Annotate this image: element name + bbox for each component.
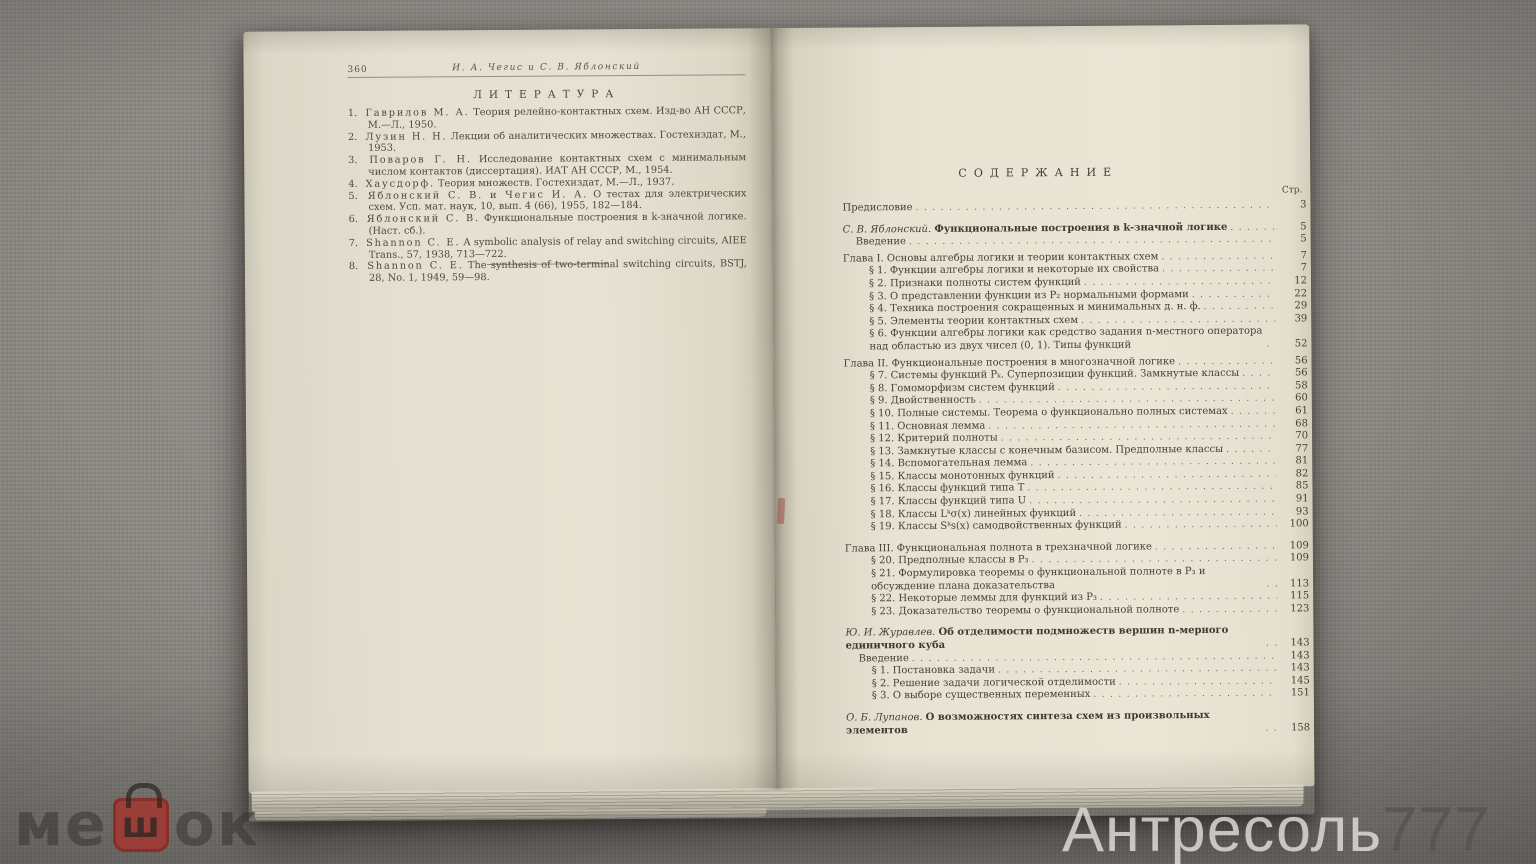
toc-entry-title: § 4. Техника построения сокращенных и ми… (869, 301, 1201, 314)
toc-entry-page: 145 (1278, 675, 1310, 688)
toc-entry-title: § 2. Решение задачи логической отделимос… (872, 676, 1116, 689)
dot-leader: ........................................… (1152, 540, 1277, 553)
toc-entry-page: 12 (1275, 275, 1307, 288)
toc-entry-author: О. Б. Лупанов. (846, 712, 926, 724)
toc-entry: § 6. Функции алгебры логики как средство… (843, 326, 1307, 354)
toc-entry-page: 77 (1276, 443, 1308, 456)
reference-item: 5. Яблонский С. В. и Чегис И. А. О теста… (348, 188, 746, 214)
toc-entry-page: 91 (1277, 493, 1309, 506)
toc-entry-title: Введение (856, 236, 906, 247)
toc-entry: Ю. И. Журавлев. Об отделимости подмножес… (845, 625, 1309, 653)
bag-letter: ш (113, 808, 169, 844)
reference-item: 7. Shannon C. E. A symbolic analysis of … (349, 235, 747, 261)
seller-name: Антресоль (1062, 795, 1382, 864)
toc-entry-page: 93 (1277, 506, 1309, 519)
toc-entry-title: § 19. Классы Sᵏs(x) самодвойственных фун… (871, 520, 1122, 533)
contents-heading: СОДЕРЖАНИЕ (842, 165, 1234, 181)
toc-entry-page: 115 (1277, 591, 1309, 604)
toc-entry-title: § 1. Функции алгебры логики и некоторые … (869, 264, 1159, 277)
toc-entry-title: § 9. Двойственность (870, 395, 976, 407)
page-number: 360 (347, 65, 367, 75)
left-page-header: 360 И. А. Чегис и С. В. Яблонский (347, 61, 745, 78)
reference-item: 3. Поваров Г. Н. Исследование контактных… (348, 152, 746, 178)
toc-entry-page: 60 (1276, 393, 1308, 406)
reference-item: 2. Лузин Н. Н. Лекции об аналитических м… (348, 129, 746, 155)
toc-entry: О. Б. Лупанов. О возможностях синтеза сх… (846, 709, 1310, 737)
dot-leader: ........................................… (1175, 355, 1276, 368)
reference-item: 1. Гаврилов М. А. Теория релейно-контакт… (348, 105, 746, 131)
toc-entry-title: § 21. Формулировка теоремы о функциональ… (871, 566, 1206, 592)
running-head: И. А. Чегис и С. В. Яблонский (347, 61, 745, 74)
meshok-text-prefix: ме (14, 799, 108, 852)
toc-entry-page: 22 (1275, 288, 1307, 301)
toc-entry-title: § 13. Замкнутые классы с конечным базисо… (870, 444, 1223, 457)
dot-leader: ........................................… (1179, 603, 1277, 616)
toc-entry-page: 39 (1275, 313, 1307, 326)
toc-entry-page: 7 (1275, 263, 1307, 276)
toc-entry-title: § 6. Функции алгебры логики как средство… (869, 326, 1262, 352)
toc-entry: § 19. Классы Sᵏs(x) самодвойственных фун… (845, 519, 1309, 535)
toc-entry-title: § 20. Предполные классы в P₃ (871, 555, 1029, 567)
toc-entry-page: 151 (1278, 688, 1310, 701)
toc-entry-page: 68 (1276, 418, 1308, 431)
dot-leader: ........................................… (906, 234, 1275, 249)
toc-entry-title: Глава III. Функциональная полнота в трех… (845, 541, 1152, 554)
toc-entry-page: 143 (1278, 637, 1310, 650)
toc-entry-title: Функциональные построения в k-значной ло… (934, 221, 1227, 234)
dot-leader: ........................................… (1239, 368, 1276, 381)
toc-entry-title: § 11. Основная лемма (870, 420, 985, 432)
toc-entry-title: § 16. Классы функций типа T (870, 483, 1024, 495)
toc-entry-page: 5 (1275, 233, 1307, 246)
bookmark-mark (777, 498, 785, 524)
meshok-text-suffix: ок (174, 799, 260, 852)
toc-entry-page: 5 (1275, 221, 1307, 234)
toc-entry-page: 143 (1278, 662, 1310, 675)
toc-entry: § 21. Формулировка теоремы о функциональ… (845, 565, 1309, 593)
toc-entry: § 23. Доказательство теоремы о функциона… (845, 603, 1309, 619)
dot-leader: ........................................… (913, 200, 1275, 215)
dot-leader: ........................................… (1158, 250, 1275, 263)
toc-entry-page: 52 (1275, 338, 1307, 351)
dot-leader: ........................................… (1263, 338, 1275, 351)
reference-item: 8. Shannon C. E. The synthesis of two-te… (349, 259, 747, 285)
toc-entry-page: 61 (1276, 405, 1308, 418)
dot-leader: ........................................… (1223, 443, 1276, 456)
toc-entry-title: Введение (859, 653, 909, 664)
toc-entry-page: 113 (1277, 578, 1309, 591)
dot-leader: ........................................… (1159, 263, 1275, 276)
toc-entry-title: § 3. О выборе существенных переменных (872, 689, 1090, 702)
dot-leader: ........................................… (1228, 405, 1276, 418)
toc-entry-page: 109 (1277, 553, 1309, 566)
toc-entry: § 3. О выборе существенных переменных...… (846, 688, 1310, 704)
toc-entry-page: 158 (1278, 722, 1310, 735)
shopping-bag-icon: ш (113, 798, 169, 852)
dot-leader: ........................................… (1116, 675, 1278, 689)
dot-leader: ........................................… (1122, 519, 1277, 533)
toc-entry-page: 85 (1276, 481, 1308, 494)
toc-entry-title: § 7. Системы функций Pₖ. Суперпозиции фу… (870, 368, 1240, 382)
toc-entry-page: 7 (1275, 250, 1307, 263)
toc-entry-title: § 2. Признаки полноты систем функций (869, 277, 1081, 289)
toc-entry-author: С. В. Яблонский. (843, 224, 935, 236)
seller-number: 777 (1382, 795, 1490, 864)
toc-entry-title: § 14. Вспомогательная лемма (870, 458, 1027, 470)
meshok-watermark: ме ш ок (14, 798, 260, 852)
toc-entry-page: 123 (1277, 603, 1309, 616)
toc-entry-title: § 17. Классы функций типа U (871, 495, 1027, 507)
toc-entry-title: § 5. Элементы теории контактных схем (869, 315, 1078, 327)
toc-entry-title: § 15. Классы монотонных функций (870, 470, 1054, 482)
toc-entry-page: 56 (1276, 355, 1308, 368)
dot-leader: ........................................… (1227, 221, 1274, 234)
toc-entry-title: Глава II. Функциональные построения в мн… (844, 356, 1176, 369)
dot-leader: ........................................… (1189, 288, 1275, 301)
toc-entry-page: 58 (1276, 380, 1308, 393)
dot-leader: ........................................… (1264, 578, 1278, 591)
toc-entry-page: 70 (1276, 430, 1308, 443)
toc-entry-title: Глава I. Основы алгебры логики и теории … (843, 251, 1159, 264)
toc-entry-title: § 22. Некоторые леммы для функций из P₃ (871, 592, 1097, 605)
toc-entry-title: § 1. Постановка задачи (872, 665, 995, 677)
toc-entry: Введение................................… (843, 233, 1307, 249)
open-book: 360 И. А. Чегис и С. В. Яблонский ЛИТЕРА… (243, 24, 1314, 821)
seller-watermark: Антресоль777 (1062, 794, 1490, 864)
toc-entry-title: § 18. Классы Lᵏσ(x) линейных функций (871, 508, 1077, 520)
toc-entry-page: 109 (1277, 540, 1309, 553)
references-list: 1. Гаврилов М. А. Теория релейно-контакт… (348, 105, 747, 285)
toc-entry-page: 82 (1276, 468, 1308, 481)
dot-leader: ........................................… (1262, 722, 1278, 735)
toc-entry-page: 143 (1278, 650, 1310, 663)
toc-entry-title: Предисловие (842, 202, 912, 213)
photo-scene: 360 И. А. Чегис и С. В. Яблонский ЛИТЕРА… (0, 0, 1536, 864)
toc-entry-title: § 8. Гомоморфизм систем функций (870, 382, 1055, 394)
dot-leader: ........................................… (1201, 301, 1276, 314)
toc-entry-page: 29 (1275, 300, 1307, 313)
toc-entry-page: 100 (1277, 519, 1309, 532)
toc-entry-page: 81 (1276, 456, 1308, 469)
toc-entry-author: Ю. И. Журавлев. (845, 627, 938, 639)
toc-entry-title: § 12. Критерий полноты (870, 433, 998, 445)
toc-list: Предисловие.............................… (842, 199, 1310, 737)
dot-leader: ........................................… (1090, 688, 1278, 702)
dot-leader: ........................................… (1263, 638, 1278, 651)
toc-entry-title: § 23. Доказательство теоремы о функциона… (871, 604, 1179, 617)
toc-entry-page: 3 (1274, 199, 1306, 212)
reference-item: 6. Яблонский С. В. Функциональные постро… (349, 211, 747, 237)
toc-entry: Предисловие.............................… (842, 199, 1306, 215)
dot-leader: ........................................… (1097, 591, 1277, 605)
toc-entry-title: § 3. О представлении функции из P₂ норма… (869, 289, 1189, 302)
toc-entry-page: 56 (1276, 367, 1308, 380)
toc-entry-title: § 10. Полные системы. Теорема о функцион… (870, 406, 1228, 419)
